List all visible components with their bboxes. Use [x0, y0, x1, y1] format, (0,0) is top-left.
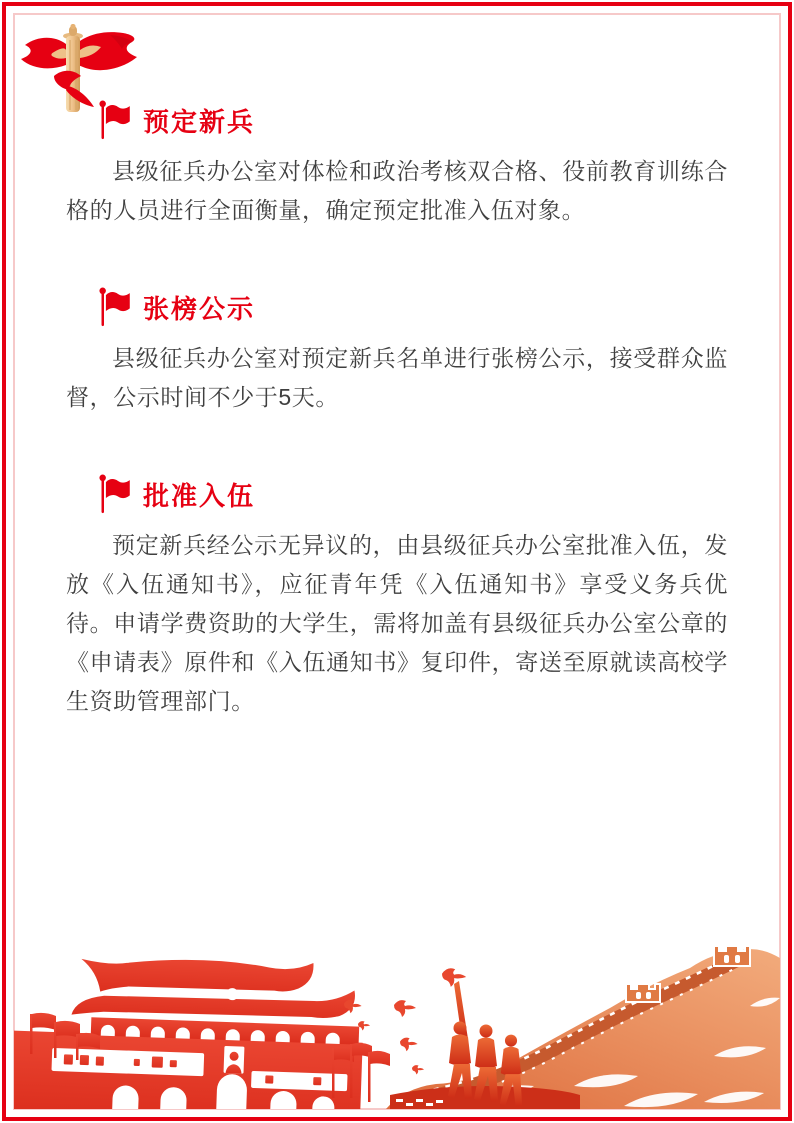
dove-icons	[344, 968, 466, 1074]
red-flag-icon	[98, 473, 131, 515]
section-heading: 预定新兵	[98, 99, 728, 141]
section-heading: 张榜公示	[98, 286, 728, 328]
section-enlistment-approval: 批准入伍 预定新兵经公示无异议的，由县级征兵办公室批准入伍，发放《入伍通知书》，…	[66, 473, 728, 721]
section-heading: 批准入伍	[98, 473, 728, 515]
red-flag-icon	[98, 99, 131, 141]
document-page: 预定新兵 县级征兵办公室对体检和政治考核双合格、役前教育训练合格的人员进行全面衡…	[0, 0, 794, 1123]
section-title: 预定新兵	[143, 105, 255, 135]
red-flag-icon	[98, 286, 131, 328]
section-body: 县级征兵办公室对体检和政治考核双合格、役前教育训练合格的人员进行全面衡量，确定预…	[66, 152, 728, 230]
bottom-illustration	[14, 936, 780, 1109]
section-body: 预定新兵经公示无异议的，由县级征兵办公室批准入伍，发放《入伍通知书》，应征青年凭…	[66, 526, 728, 721]
section-body: 县级征兵办公室对预定新兵名单进行张榜公示，接受群众监督，公示时间不少于5天。	[66, 339, 728, 417]
section-public-announcement: 张榜公示 县级征兵办公室对预定新兵名单进行张榜公示，接受群众监督，公示时间不少于…	[66, 286, 728, 417]
section-pre-selected-recruits: 预定新兵 县级征兵办公室对体检和政治考核双合格、役前教育训练合格的人员进行全面衡…	[66, 99, 728, 230]
section-title: 批准入伍	[143, 479, 255, 509]
section-title: 张榜公示	[143, 292, 255, 322]
